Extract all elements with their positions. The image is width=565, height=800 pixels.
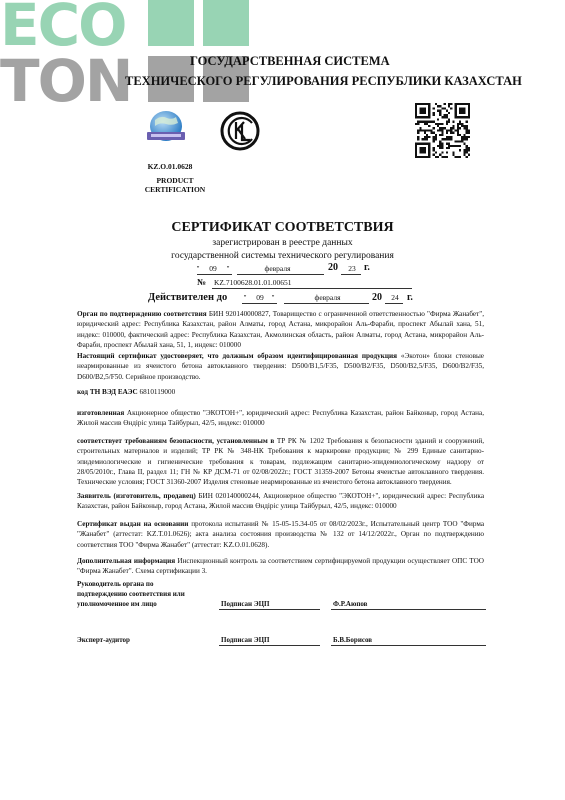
- compliance-section: соответствует требованиям безопасности, …: [77, 436, 484, 487]
- issue-month: февраля: [235, 264, 320, 273]
- logo-ton-text: TON: [0, 52, 131, 110]
- valid-until-label: Действителен до: [148, 292, 227, 303]
- manufacturer-section: изготовленная Акционерное общество "ЭКОТ…: [77, 408, 484, 429]
- certificate-subtitle-2: государственной системы технического рег…: [0, 251, 565, 261]
- logo-eco-text: ECO: [0, 0, 126, 54]
- header-line-2: ТЕХНИЧЕСКОГО РЕГУЛИРОВАНИЯ РЕСПУБЛИКИ КА…: [125, 74, 522, 89]
- globe-emblem-icon: [143, 108, 189, 148]
- certificate-title: СЕРТИФИКАТ СООТВЕТСТВИЯ: [0, 220, 565, 236]
- valid-month: февраля: [285, 293, 370, 302]
- additional-info-section: Дополнительная информация Инспекционный …: [77, 556, 484, 577]
- applicant-section: Заявитель (изготовитель, продавец) БИН 0…: [77, 491, 484, 512]
- certification-body-section: Орган по подтверждению соответствия БИН …: [77, 309, 484, 350]
- accreditation-code: KZ.O.01.0628: [140, 162, 200, 171]
- certification-label: CERTIFICATION: [135, 185, 215, 194]
- issue-year-prefix: 20: [328, 262, 338, 273]
- logo-square-green-2: [203, 0, 249, 46]
- hs-code-section: код ТН ВЭД ЕАЭС 6810119000: [77, 387, 484, 397]
- valid-year-suffix: 24: [385, 293, 405, 302]
- certificate-number: KZ.7100628.01.01.00651: [214, 278, 292, 287]
- product-label: PRODUCT: [135, 176, 215, 185]
- certifies-section: Настоящий сертификат удостоверяет, что д…: [77, 351, 484, 382]
- valid-day: 09: [250, 293, 270, 302]
- qr-code-icon[interactable]: [415, 103, 470, 158]
- certificate-subtitle-1: зарегистрирован в реестре данных: [0, 238, 565, 248]
- kt-mark-icon: [219, 110, 261, 152]
- issue-year-suffix: 23: [340, 264, 364, 273]
- basis-section: Сертификат выдан на основании протокола …: [77, 519, 484, 550]
- valid-year-prefix: 20: [372, 292, 382, 303]
- logo-square-green-1: [148, 0, 194, 46]
- issue-day: 09: [203, 264, 223, 273]
- number-label: №: [197, 277, 206, 287]
- header-line-1: ГОСУДАРСТВЕННАЯ СИСТЕМА: [190, 54, 390, 69]
